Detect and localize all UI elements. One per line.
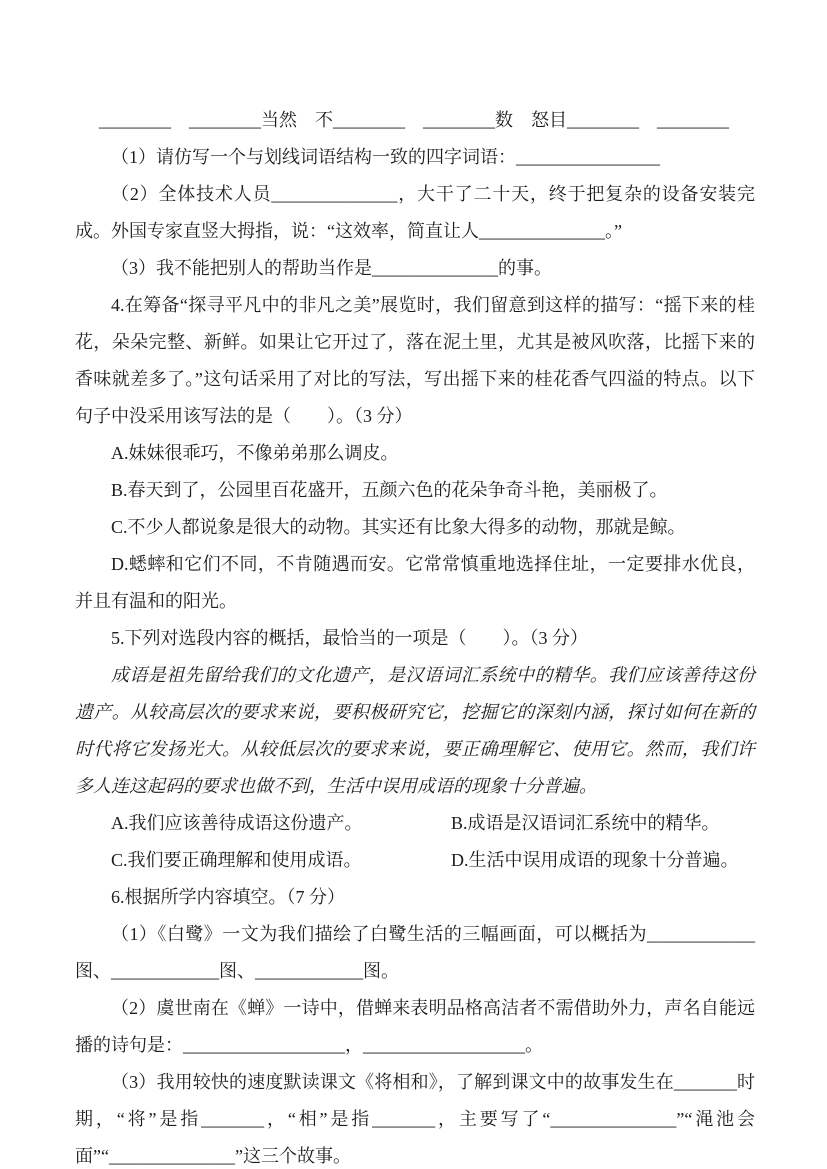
question-6-sub2: （2）虞世南在《蝉》一诗中，借蝉来表明品格高洁者不需借助外力，声名自能远播的诗句… bbox=[75, 990, 755, 1064]
question-3-sub1: （1）请仿写一个与划线词语结构一致的四字词语：________________ bbox=[75, 139, 755, 176]
question-6-sub1: （1）《白鹭》一文为我们描绘了白鹭生活的三幅画面，可以概括为__________… bbox=[75, 916, 755, 990]
word-bank-item-3: 不________ bbox=[315, 102, 405, 139]
word-bank-item-6: ________ bbox=[657, 102, 729, 139]
question-4-stem: 4.在筹备“探寻平凡中的非凡之美”展览时，我们留意到这样的描写：“摇下来的桂花，… bbox=[75, 287, 755, 435]
word-bank-item-1: ________ bbox=[99, 102, 171, 139]
question-5-option-d: D.生活中误用成语的现象十分普遍。 bbox=[415, 842, 755, 879]
question-5-option-a: A.我们应该善待成语这份遗产。 bbox=[75, 805, 415, 842]
word-bank-row: ________ ________当然 不________ ________数 … bbox=[75, 102, 755, 139]
question-3-sub3: （3）我不能把别人的帮助当作是______________的事。 bbox=[75, 250, 755, 287]
question-3-sub2: （2）全体技术人员______________，大干了二十天，终于把复杂的设备安… bbox=[75, 176, 755, 250]
question-5-option-c: C.我们要正确理解和使用成语。 bbox=[75, 842, 415, 879]
question-5-option-b: B.成语是汉语词汇系统中的精华。 bbox=[415, 805, 755, 842]
question-5-passage: 成语是祖先留给我们的文化遗产，是汉语词汇系统中的精华。我们应该善待这份遗产。从较… bbox=[75, 657, 755, 805]
question-5-options: A.我们应该善待成语这份遗产。 B.成语是汉语词汇系统中的精华。 C.我们要正确… bbox=[75, 805, 755, 879]
question-5-stem: 5.下列对选段内容的概括，最恰当的一项是（ ）。（3 分） bbox=[75, 620, 755, 657]
exam-page: ________ ________当然 不________ ________数 … bbox=[0, 0, 827, 1169]
word-bank-item-4: ________数 bbox=[423, 102, 513, 139]
question-4-option-a: A.妹妹很乖巧，不像弟弟那么调皮。 bbox=[75, 435, 755, 472]
word-bank-item-5: 怒目________ bbox=[531, 102, 639, 139]
question-4-option-c: C.不少人都说象是很大的动物。其实还有比象大得多的动物，那就是鲸。 bbox=[75, 509, 755, 546]
question-6-stem: 6.根据所学内容填空。（7 分） bbox=[75, 879, 755, 916]
question-6-sub3: （3）我用较快的速度默读课文《将相和》，了解到课文中的故事发生在_______时… bbox=[75, 1064, 755, 1169]
question-4-option-b: B.春天到了，公园里百花盛开，五颜六色的花朵争奇斗艳，美丽极了。 bbox=[75, 472, 755, 509]
word-bank-item-2: ________当然 bbox=[189, 102, 297, 139]
question-4-option-d: D.蟋蟀和它们不同，不肯随遇而安。它常常慎重地选择住址，一定要排水优良，并且有温… bbox=[75, 546, 755, 620]
